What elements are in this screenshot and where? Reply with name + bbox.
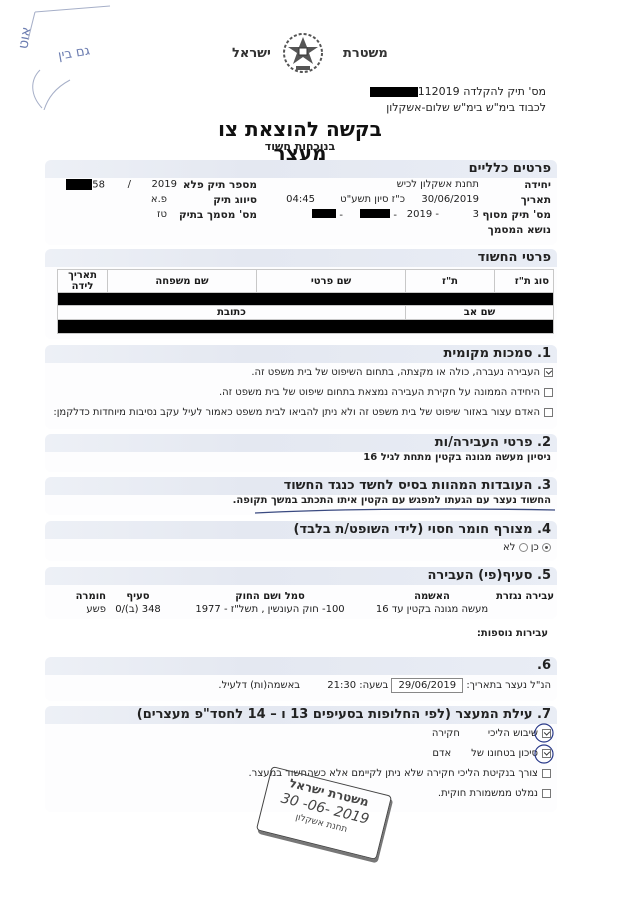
arrest-suffix: באשמה(ות) דלעיל. (218, 680, 300, 691)
final-case-part-4: - (312, 209, 343, 221)
grounds-option[interactable]: שיבוש הליכיחקירה (45, 724, 551, 744)
col-severity: חומרה (55, 590, 107, 603)
cell-charge: מעשה מגונה בקטין עד 16 (371, 603, 493, 616)
section-5-heading: 5. סעיף(פי) העבירה (45, 567, 557, 585)
authority-option[interactable]: היחידה הממונה על חקירת העבירה נמצאת בתחו… (45, 383, 553, 403)
doc-number-label: מס' מסמך בתיק (179, 209, 257, 221)
col-id-type: סוג ת"ז (495, 270, 554, 293)
offense-text: ניסיון מעשה מגונה בקטין מתחת לגיל 16 (45, 452, 557, 463)
radio-no[interactable] (519, 543, 528, 552)
israel-police-emblem-icon (281, 31, 325, 75)
redacted-row (58, 320, 553, 333)
col-address: כתובת (58, 306, 406, 320)
handwritten-margin-line-icon (0, 0, 120, 110)
agency-name-right: משטרת (343, 46, 388, 61)
col-id: ת"ז (406, 270, 495, 293)
case-class-label: סיווג תיק (213, 194, 257, 206)
hebrew-date: כ"ז סיון תשע"ט (340, 194, 405, 205)
radio-yes-label: כן (531, 542, 539, 553)
pla-case-year: 2019 (152, 179, 177, 190)
unit-value: תחנת אשקלון לכיש (397, 179, 479, 190)
col-last-name: שם משפחה (108, 270, 257, 293)
clauses-table: עבירה נגזרת האשמה סמל ושם החוק סעיף חומר… (55, 590, 555, 616)
page-subtitle: בנוכחות חשוד (200, 140, 400, 153)
time-value: 04:45 (286, 194, 315, 205)
checkbox[interactable] (542, 789, 551, 798)
col-charge: האשמה (371, 590, 493, 603)
cell-clause: 348 (ב)/0 (107, 603, 169, 616)
checkbox[interactable] (544, 408, 553, 417)
authority-option[interactable]: האדם עצור באזור שיפוט של בית משפט זה ולא… (45, 403, 553, 423)
section-6-heading: 6. (45, 657, 557, 675)
section-confidential: 4. מצורף חומר חסוי (לידי השופט/ת בלבד) כ… (45, 521, 557, 561)
pla-case-label: מספר תיק פלא (183, 179, 257, 191)
section-local-authority: 1. סמכות מקומית העבירה נעברה, כולה או מק… (45, 345, 557, 429)
arrest-time-value: 21:30 (327, 680, 356, 691)
col-derived: עבירה נגזרת (493, 590, 555, 603)
arrest-date-field[interactable]: 29/06/2019 (391, 678, 463, 693)
section-suspect-heading: פרטי החשוד (45, 249, 557, 267)
section-7-heading: 7. עילת המעצר (לפי החלופות בסעיפים 13 ו … (45, 706, 557, 724)
cell-derived (493, 603, 555, 616)
case-ref-value: 112019 (418, 85, 460, 98)
pla-case-sep: / (128, 179, 131, 190)
section-3-heading: 3. העובדות המהוות בסיס לחשד כנגד החשוד (45, 477, 557, 495)
section-arrest: 6. הנ"ל נעצר בתאריך: 29/06/2019 בשעה: 21… (45, 657, 557, 701)
doc-number-value: טז (157, 209, 167, 220)
handwritten-underline-icon (250, 505, 560, 517)
pla-case-number: 58 (66, 179, 105, 191)
final-case-label: מס' תיק מסוף (482, 209, 551, 221)
additional-offenses-label: עבירות נוספות: (477, 628, 548, 639)
date-label: תאריך (521, 194, 551, 206)
checkbox[interactable] (544, 388, 553, 397)
section-1-heading: 1. סמכות מקומית (45, 345, 557, 363)
grounds-option[interactable]: סיכון בטחונו שלאדם (45, 744, 551, 764)
section-2-heading: 2. פרטי העבירה/ות (45, 434, 557, 452)
section-4-heading: 4. מצורף חומר חסוי (לידי השופט/ת בלבד) (45, 521, 557, 539)
col-law: סמל ושם החוק (169, 590, 371, 603)
section-offense-clauses: 5. סעיף(פי) העבירה עבירה נגזרת האשמה סמל… (45, 567, 557, 619)
section-general-heading: פרטים כלליים (45, 160, 557, 178)
date-value: 30/06/2019 (421, 194, 479, 205)
radio-no-label: לא (503, 542, 515, 553)
col-birth-date: תאריך לידה (58, 270, 108, 293)
final-case-part-2: - 2019 (407, 209, 439, 220)
agency-name-left: ישראל (232, 46, 271, 61)
cell-severity: פשע (55, 603, 107, 616)
addressee: לכבוד בימ"ש בימ"ש שלום-אשקלון (386, 101, 546, 114)
section-offense-details: 2. פרטי העבירה/ות ניסיון מעשה מגונה בקטי… (45, 434, 557, 472)
radio-yes[interactable] (542, 543, 551, 552)
checkbox[interactable] (544, 368, 553, 377)
document-subject-label: נושא המסמך (488, 224, 551, 236)
cell-law: 100- חוק העונשין , תשל"ז - 1977 (169, 603, 371, 616)
arrest-time-label: בשעה: (359, 680, 388, 691)
final-case-part-1: 3 (473, 209, 479, 220)
case-ref-line: מס' תיק להקלדה 112019 (370, 85, 546, 98)
handwritten-circles-icon (530, 720, 560, 770)
section-suspect: פרטי החשוד סוג ת"ז ת"ז שם פרטי שם משפחה … (45, 249, 557, 339)
arrest-date-label: הנ"ל נעצר בתאריך: (466, 680, 551, 691)
unit-label: יחידה (524, 179, 551, 191)
final-case-part-3: - (360, 209, 397, 221)
authority-option[interactable]: העבירה נעברה, כולה או מקצתה, בתחום השיפו… (45, 363, 553, 383)
case-ref-label: מס' תיק להקלדה (463, 85, 546, 98)
table-row: מעשה מגונה בקטין עד 16 100- חוק העונשין … (55, 603, 555, 616)
suspect-table: סוג ת"ז ת"ז שם פרטי שם משפחה תאריך לידה … (57, 269, 554, 334)
case-class-value: פ.א (151, 194, 167, 205)
section-general: פרטים כלליים יחידה תחנת אשקלון לכיש תארי… (45, 160, 557, 245)
redacted-row (58, 293, 553, 305)
col-father-name: שם אב (406, 306, 554, 320)
col-first-name: שם פרטי (257, 270, 406, 293)
redacted-block (370, 87, 418, 97)
col-clause: סעיף (107, 590, 169, 603)
